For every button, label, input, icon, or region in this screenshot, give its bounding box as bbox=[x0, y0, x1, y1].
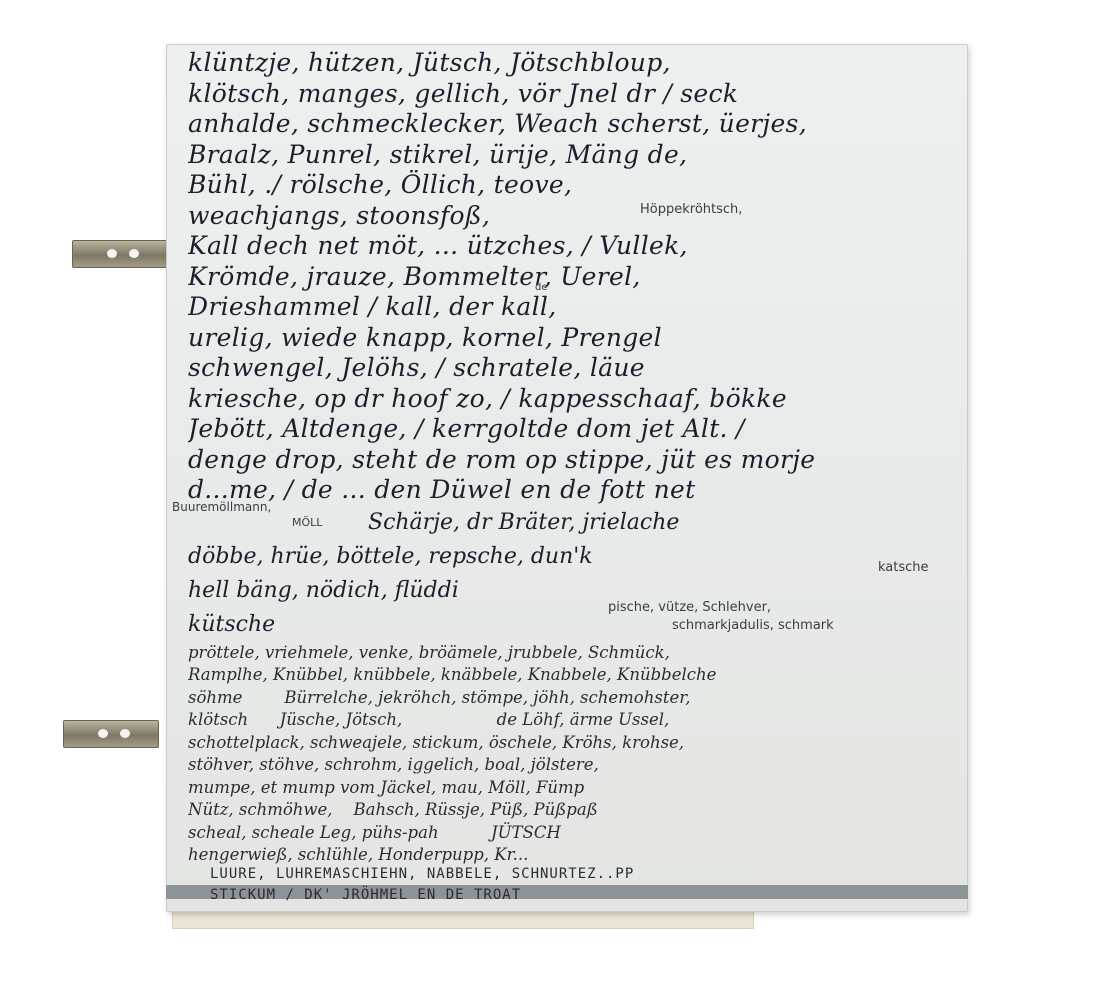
handwritten-line: weachjangs, stoonsfoß, bbox=[188, 201, 960, 232]
hinge-top bbox=[72, 240, 168, 268]
annotation-buuremollmann: Buuremöllmann, bbox=[172, 500, 271, 514]
caps-line: LUURE, LUHREMASCHIEHN, NABBELE, SCHNURTE… bbox=[210, 866, 634, 882]
handwritten-line: Nütz, schmöhwe, Bahsch, Rüssje, Püß, Püß… bbox=[188, 799, 960, 822]
handwritten-line: schottelplack, schweajele, stickum, ösch… bbox=[188, 732, 960, 755]
handwritten-line: Braalz, Punrel, stikrel, ürije, Mäng de, bbox=[188, 140, 960, 171]
handwritten-line: Kall dech net möt, ... ützches, / Vullek… bbox=[188, 231, 960, 262]
handwritten-line: anhalde, schmecklecker, Weach scherst, ü… bbox=[188, 109, 960, 140]
handwritten-line: denge drop, steht de rom op stippe, jüt … bbox=[188, 445, 960, 476]
handwritten-line: hell bäng, nödich, flüddi bbox=[188, 574, 960, 608]
handwritten-line: Ramplhe, Knübbel, knübbele, knäbbele, Kn… bbox=[188, 664, 960, 687]
handwritten-line: klötsch, manges, gellich, vör Jnel dr / … bbox=[188, 79, 960, 110]
handwritten-line: söhme Bürrelche, jekröhch, stömpe, jöhh,… bbox=[188, 687, 960, 710]
handwritten-line: hengerwieß, schlühle, Honderpupp, Kr... bbox=[188, 844, 960, 867]
handwritten-line: d...me, / de ... den Düwel en de fott ne… bbox=[188, 475, 960, 506]
handwritten-line: scheal, scheale Leg, pühs-pah JÜTSCH bbox=[188, 822, 960, 845]
handwritten-line: klötsch Jüsche, Jötsch, de Löhf, ärme Us… bbox=[188, 709, 960, 732]
handwritten-line: mumpe, et mump vom Jäckel, mau, Möll, Fü… bbox=[188, 777, 960, 800]
handwriting-block: klüntzje, hützen, Jütsch, Jötschbloup, k… bbox=[188, 48, 960, 867]
handwritten-line: kriesche, op dr hoof zo, / kappesschaaf,… bbox=[188, 384, 960, 415]
annotation-pische: pische, vütze, Schlehver, bbox=[608, 600, 771, 615]
hinge-bottom bbox=[63, 720, 159, 748]
handwritten-line: Bühl, ./ rölsche, Öllich, teove, bbox=[188, 170, 960, 201]
annotation-hoppekrohtsch: Höppekröhtsch, bbox=[640, 202, 742, 217]
handwritten-line: pröttele, vriehmele, venke, bröämele, jr… bbox=[188, 642, 960, 665]
handwritten-line: klüntzje, hützen, Jütsch, Jötschbloup, bbox=[188, 48, 960, 79]
handwritten-line: Jebött, Altdenge, / kerrgoltde dom jet A… bbox=[188, 414, 960, 445]
handwritten-line: kütsche bbox=[188, 608, 960, 642]
handwritten-line: döbbe, hrüe, böttele, repsche, dun'k bbox=[188, 540, 960, 574]
annotation-de: de bbox=[535, 282, 548, 293]
handwritten-line: schwengel, Jelöhs, / schratele, läue bbox=[188, 353, 960, 384]
caps-line: STICKUM / DK' JRÖHMEL EN DE TROAT bbox=[210, 887, 521, 903]
annotation-schmark: schmarkjadulis, schmark bbox=[672, 618, 834, 633]
annotation-moll: MÖLL bbox=[292, 516, 322, 529]
handwritten-line: stöhver, stöhve, schrohm, iggelich, boal… bbox=[188, 754, 960, 777]
handwritten-line: Krömde, jrauze, Bommelter, Uerel, bbox=[188, 262, 960, 293]
annotation-katsche: katsche bbox=[878, 560, 929, 575]
handwritten-line: urelig, wiede knapp, kornel, Prengel bbox=[188, 323, 960, 354]
handwritten-line: Drieshammel / kall, der kall, bbox=[188, 292, 960, 323]
